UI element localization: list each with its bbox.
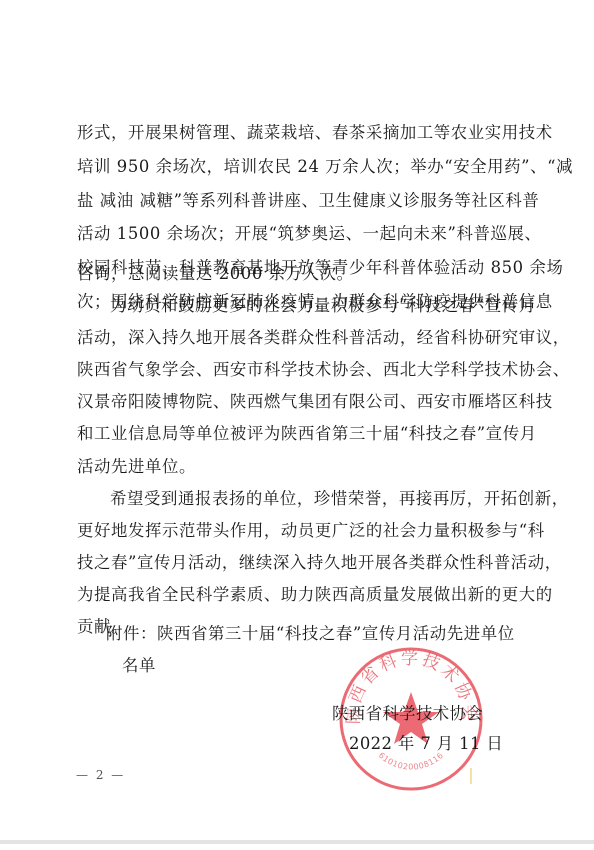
- body-line: 为动员和鼓励更多的社会力量积极参与“科技之春”宣传月: [110, 296, 536, 316]
- body-line: 活动先进单位。: [77, 457, 196, 477]
- document-page: 形式，开展果树管理、蔬菜栽培、春茶采摘加工等农业实用技术 培训 950 余场次，…: [0, 0, 594, 840]
- attachment-line: 名单: [122, 656, 156, 676]
- body-line: 盐 减油 减糖”等系列科普讲座、卫生健康义诊服务等社区科普: [77, 191, 539, 211]
- body-line: 活动，深入持久地开展各类群众性科普活动，经省科协研究审议，: [77, 328, 570, 348]
- body-line: 活动 1500 余场次；开展“筑梦奥运、一起向未来”科普巡展、: [77, 224, 541, 244]
- signature-organization: 陕西省科学技术协会: [332, 700, 483, 724]
- margin-mark: [470, 768, 472, 784]
- body-line: 形式，开展果树管理、蔬菜栽培、春茶采摘加工等农业实用技术: [77, 123, 553, 143]
- body-line: 更好地发挥示范带头作用，动员更广泛的社会力量积极参与“科: [77, 521, 545, 541]
- body-line: 培训 950 余场次，培训农民 24 万余人次；举办“安全用药”、“减: [77, 157, 573, 177]
- next-page-edge: [0, 844, 594, 850]
- body-line: 和工业信息局等单位被评为陕西省第三十届“科技之春”宣传月: [77, 424, 537, 444]
- body-line: 为提高我省全民科学素质、助力陕西高质量发展做出新的更大的: [77, 585, 553, 605]
- body-line: 技之春”宣传月活动，继续深入持久地开展各类群众性科普活动，: [77, 553, 562, 573]
- body-line: 汉景帝阳陵博物院、陕西燃气集团有限公司、西安市雁塔区科技: [77, 392, 553, 412]
- attachment-line: 附件：陕西省第三十届“科技之春”宣传月活动先进单位: [106, 624, 515, 644]
- body-line: 陕西省气象学会、西安市科学技术协会、西北大学科学技术协会、: [77, 360, 570, 380]
- body-line: 希望受到通报表扬的单位，珍惜荣誉，再接再厉，开拓创新，: [110, 489, 569, 509]
- body-line: 咨询，总阅读量达 2000 余万人次。: [77, 264, 354, 284]
- page-number: — 2 —: [76, 768, 125, 782]
- signature-date: 2022 年 7 月 11 日: [349, 730, 503, 754]
